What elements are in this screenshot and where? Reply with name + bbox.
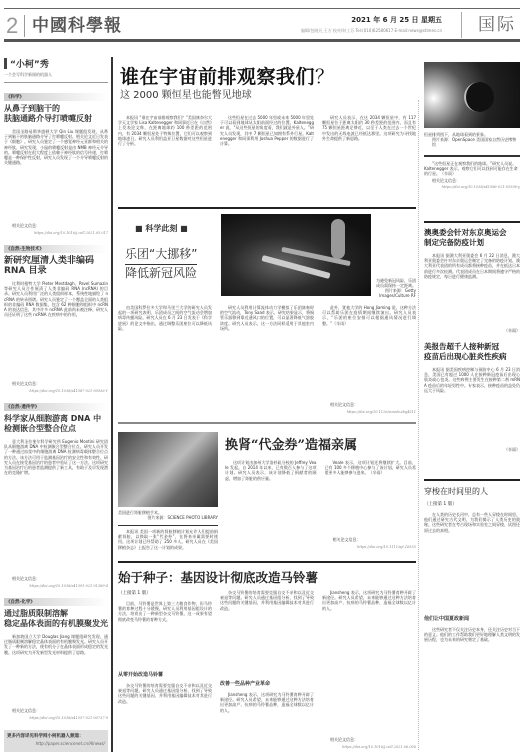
brief-tag: 《科学》	[4, 93, 108, 101]
kidney-column-3-text: Veale 表示，这项计划还将继续扩大。目前，已有 100 多个移植中心参与了该…	[325, 460, 417, 535]
potato-subhead: 改善一些品种产业革命	[220, 680, 314, 687]
column-rule	[111, 57, 113, 752]
potato-dateline: （上接第 1 版）	[118, 590, 212, 596]
photo-credit: 图片来源：Getty Images/Culture RF	[376, 288, 416, 298]
brief-tag: 《自然-遗传学》	[4, 403, 108, 411]
right-headline[interactable]: 美报告超千人接种新冠 疫苗后出现心脏炎性疾病	[424, 342, 520, 362]
right-headline[interactable]: 穿梭在时间里的人	[424, 487, 520, 497]
kidney-column-3: Veale 表示，这项计划还将继续扩大。目前，已有 100 多个移植中心参与了该…	[325, 455, 417, 550]
section-name: 国际	[478, 13, 516, 37]
surgery-caption: 美国进行肾脏移植手术。 图片来源：SCIENCE PHOTO LIBRARY 本…	[118, 510, 218, 555]
feature-headline[interactable]: 乐团“大挪移” 降低新冠风险	[125, 246, 197, 282]
ainews-footer: 更多内容详见科学网小柯机器人频道： http://paper.sciencene…	[4, 730, 108, 752]
tuba-shape	[331, 219, 345, 259]
brief-body: 新加坡国立大学 Douglas Jiang 课题组研究发现，通过脂质限制溶解稳定…	[4, 634, 108, 706]
feature-kicker: ■ 科学此刻 ■	[135, 223, 188, 234]
brief-body: 美国圣路易斯华盛顿大学 Qin Liu 课题组发现，从鼻子到脑干的肤脑通路介导了…	[4, 129, 108, 221]
potato-column-2: 杂交马铃薯的培育需要克服自交不亲和以及近交衰退等问题。研究人员通过基因组分析，找…	[220, 590, 314, 750]
kidney-headline[interactable]: 换肾“代金券”造福亲属	[225, 434, 357, 453]
issue-date: 2021 年 6 月 25 日 星期五	[351, 15, 442, 25]
brief-item: 《自然-生物技术》 新研究厘清人类非编码 RNA 目录 比利时根特大学 Piet…	[4, 235, 108, 393]
section-rule	[118, 207, 416, 209]
lead-headline[interactable]: 谁在宇宙前排观察我们？	[120, 62, 335, 89]
feature-column-1: 由美国科罗拉多大学和马里兰大学的研究人员发起的一项研究表明，乐团成员之间的空气流…	[118, 305, 212, 415]
lead-subheadline: 这 2000 颗恒星也能瞥见地球	[120, 86, 252, 101]
kidney-column-2: 这项计划由加州大学洛杉矶分校的 Jeffrey Veale 发起。自 2014 …	[225, 460, 317, 550]
brief-body: 比利时根特大学 Pieter Mestdagh、Pavel Sumazin 等研…	[4, 281, 108, 379]
brief-title[interactable]: 通过脂质限制溶解 稳定晶体表面的有机膜聚发光	[4, 609, 108, 629]
photo-credit: 图片来源：OpenSpace 美国国家自然历史博物馆	[424, 137, 520, 147]
kidney-column-1: 本报讯 美国一项新的肾脏移植计划允许人们提前捐献肾脏，以换取一张“代金券”，在将…	[118, 525, 218, 555]
brief-credit: 相关论文信息：	[4, 576, 108, 582]
lead-source-link[interactable]: https://doi.org/10.1038/s41586-021-03596…	[424, 185, 520, 190]
potato-headline[interactable]: 始于种子：基因设计彻底改造马铃薯	[118, 568, 318, 586]
section-rule-right	[424, 479, 520, 481]
potato-source-link[interactable]: https://doi.org/10.1016/j.cell.2021.06.0…	[322, 745, 416, 749]
right-byline: （辛雨）	[424, 328, 520, 334]
kicker-subtitle: 一个会写科学新闻的机器人	[4, 72, 108, 83]
potato-column-1-text: 目前，马铃薯是世界上第三大粮食作物，但马铃薯的育种过程十分缓慢。研究人员利用基因…	[118, 601, 212, 663]
feature-headline-line1: 乐团“大挪移”	[125, 246, 197, 265]
lead-column-2: 这些恒星在过去 5000 年里或未来 5000 年里处于可以看到地球从太阳前面经…	[220, 115, 314, 202]
section-rule	[118, 422, 416, 424]
lead-column-3: 研究人员表示，在这 2034 颗恒星中，有 117 颗恒星位于距离太阳约 30 …	[322, 115, 416, 202]
potato-column-1-text2: 杂交马铃薯的培育需要克服自交不亲和以及近交衰退等问题。研究人员通过基因组分析，找…	[118, 683, 212, 748]
brief-body: 意大利圣拉斐尔科学研究所 Eugenio Montini 研究团队从细胞游离 D…	[4, 439, 108, 574]
kicker-block: “小柯”秀	[4, 57, 108, 70]
right-body: 本报讯 据美国疾病控制与预防中心 6 月 23 日消息，美国已有超过 1000 …	[424, 367, 520, 447]
right-body: 在人类的历史长河中，总有一些人穿梭在时间里。他们通过研究古代文明，为我们揭示了人…	[424, 512, 520, 607]
brief-credit: 相关论文信息：	[4, 223, 108, 229]
lead-headline-text: 谁在宇宙前排观察我们	[120, 66, 315, 88]
brief-title[interactable]: 新研究厘清人类非编码 RNA 目录	[4, 256, 108, 276]
potato-column-3: Jiansheng 表示，这项研究为马铃薯育种开辟了新途径。研究人员希望，未来能…	[322, 590, 416, 750]
right-column-lower: 穿梭在时间里的人 （上接第 1 版） 在人类的历史长河中，总有一些人穿梭在时间里…	[424, 487, 520, 756]
feature-headline-line2: 降低新冠风险	[125, 266, 197, 280]
planet-shape	[464, 82, 494, 112]
brief-tag: 《自然-生物技术》	[4, 245, 108, 253]
right-column: 澳奥委会针对东京奥运会 制定完备防疫计划 本报讯 据澳大利亚奥委会 6 月 22…	[424, 228, 520, 453]
brief-credit: 相关论文信息：	[4, 381, 108, 387]
right-body: 本报讯 据澳大利亚奥委会 6 月 22 日消息，澳大利亚奥委会针对东京奥运会制定…	[424, 253, 520, 328]
section-divider	[461, 12, 462, 38]
left-column: “小柯”秀 一个会写科学新闻的机器人 《科学》 从鼻子到脑干的 肤脑通路介导打喷…	[4, 57, 108, 752]
section-rule	[118, 561, 416, 563]
footer-line1: 更多内容详见科学网小柯机器人频道：	[7, 733, 105, 739]
brief-tag: 《自然-化学》	[4, 598, 108, 606]
right-headline[interactable]: 澳奥委会针对东京奥运会 制定完备防疫计划	[424, 228, 520, 248]
right-byline: （辛雨）	[424, 447, 520, 453]
brief-source-link[interactable]: https://doi.org/10.1038/s41557-021-00737…	[4, 716, 108, 720]
feature-body: 由美国科罗拉多大学和马里兰大学的研究人员发起的一项研究表明，乐团成员之间的空气流…	[118, 300, 416, 415]
photo-caption: 为避免新冠风险，乐团成员需保持一定距离。	[376, 278, 416, 288]
surgery-photo[interactable]	[118, 432, 218, 507]
lead-body: 本报讯 “谁在宇宙前排观察我们？”美国康奈尔大学天文学家 Lisa Kalten…	[118, 110, 416, 202]
lead-headline-mark: ？	[315, 66, 335, 88]
orchestra-caption: 为避免新冠风险，乐团成员需保持一定距离。 图片来源：Getty Images/C…	[376, 278, 416, 298]
orchestra-photo[interactable]	[221, 214, 371, 296]
potato-column-2-text: 杂交马铃薯的培育需要克服自交不亲和以及近交衰退等问题。研究人员通过基因组分析，找…	[220, 590, 314, 672]
editors-line: 编辑/包晓凡 王方 校对/何工芬 Tel:(010)62580617 E-mai…	[301, 28, 442, 34]
lead-credit: 相关论文信息：	[424, 178, 520, 183]
kicker-bar	[4, 58, 7, 69]
feature-credit: 相关论文信息：	[322, 402, 416, 408]
lead-column-1: 本报讯 “谁在宇宙前排观察我们？”美国康奈尔大学天文学家 Lisa Kalten…	[118, 115, 212, 202]
paper-name: 中國科學報	[32, 15, 122, 37]
kicker-title: “小柯”秀	[10, 57, 49, 70]
brief-title[interactable]: 科学家从细胞游离 DNA 中 检测嵌合型整合位点	[4, 414, 108, 434]
kidney-credit: 相关论文信息：	[325, 537, 417, 543]
page-number: 2	[6, 14, 18, 38]
potato-column-1: （上接第 1 版） 目前，马铃薯是世界上第三大粮食作物，但马铃薯的育种过程十分缓…	[118, 590, 212, 750]
exoplanet-caption: 恒星排列图下，从地球看到的景象。 图片来源：OpenSpace 美国国家自然历史…	[424, 132, 520, 190]
right-subhead: 他们让中国夏政新闻	[424, 615, 520, 622]
right-body: 这些研究者不仅关注历史本身，还关注历史对当下的意义。他们的工作帮助我们更好地理解…	[424, 627, 520, 756]
potato-credit: 相关论文信息：	[322, 737, 416, 743]
photo-credit: 图片来源：SCIENCE PHOTO LIBRARY	[118, 515, 218, 520]
brief-item: 《自然-化学》 通过脂质限制溶解 稳定晶体表面的有机膜聚发光 新加坡国立大学 D…	[4, 588, 108, 720]
column-rule-dotted	[418, 100, 419, 750]
brief-credit: 相关论文信息：	[4, 708, 108, 714]
feature-column-3: 此外，犹他大学的 Hong Jiaming 说，这种方法可以帮助乐团在疫情期间继…	[322, 300, 416, 415]
brief-title[interactable]: 从鼻子到脑干的 肤脑通路介导打喷嚏反射	[4, 104, 108, 124]
potato-subhead: 从零开始改造马铃薯	[118, 671, 212, 678]
lead-continuation: “这些恒星正在观察我们的地球。”研究人员说。Kaltenegger 表示，观察它…	[424, 155, 520, 176]
exoplanet-photo[interactable]	[424, 62, 520, 128]
section-rule-right	[424, 221, 520, 223]
brief-item: 《科学》 从鼻子到脑干的 肤脑通路介导打喷嚏反射 美国圣路易斯华盛顿大学 Qin…	[4, 83, 108, 235]
footer-link[interactable]: http://paper.sciencenet.cn/AInews/	[7, 741, 105, 746]
potato-column-3-text: Jiansheng 表示，这项研究为马铃薯育种开辟了新途径。研究人员希望，未来能…	[322, 590, 416, 735]
feature-source-link[interactable]: https://doi.org/10.1126/sciadv.abg4511	[322, 410, 416, 414]
kidney-source-link[interactable]: https://doi.org/10.1111/ajt.16555	[325, 545, 417, 549]
kidney-body: 这项计划由加州大学洛杉矶分校的 Jeffrey Veale 发起。自 2014 …	[225, 455, 416, 550]
feature-column-3-text: 此外，犹他大学的 Hong Jiaming 说，这种方法可以帮助乐团在疫情期间继…	[322, 305, 416, 400]
masthead: 2 中國科學報 2021 年 6 月 25 日 星期五 编辑/包晓凡 王方 校对…	[4, 8, 520, 42]
page-number-divider	[24, 15, 25, 37]
brief-item: 《自然-遗传学》 科学家从细胞游离 DNA 中 检测嵌合型整合位点 意大利圣拉斐…	[4, 393, 108, 588]
potato-column-2-text2: Jiansheng 表示，这项研究为马铃薯育种开辟了新途径。研究人员希望，未来能…	[220, 692, 314, 752]
feature-column-2: 研究人员利用计算流体动力学模拟了乐团演奏时的空气流动，Tony Saad 表示，…	[220, 305, 314, 415]
right-dateline: （上接第 1 版）	[424, 501, 520, 507]
potato-body: （上接第 1 版） 目前，马铃薯是世界上第三大粮食作物，但马铃薯的育种过程十分缓…	[118, 590, 416, 750]
